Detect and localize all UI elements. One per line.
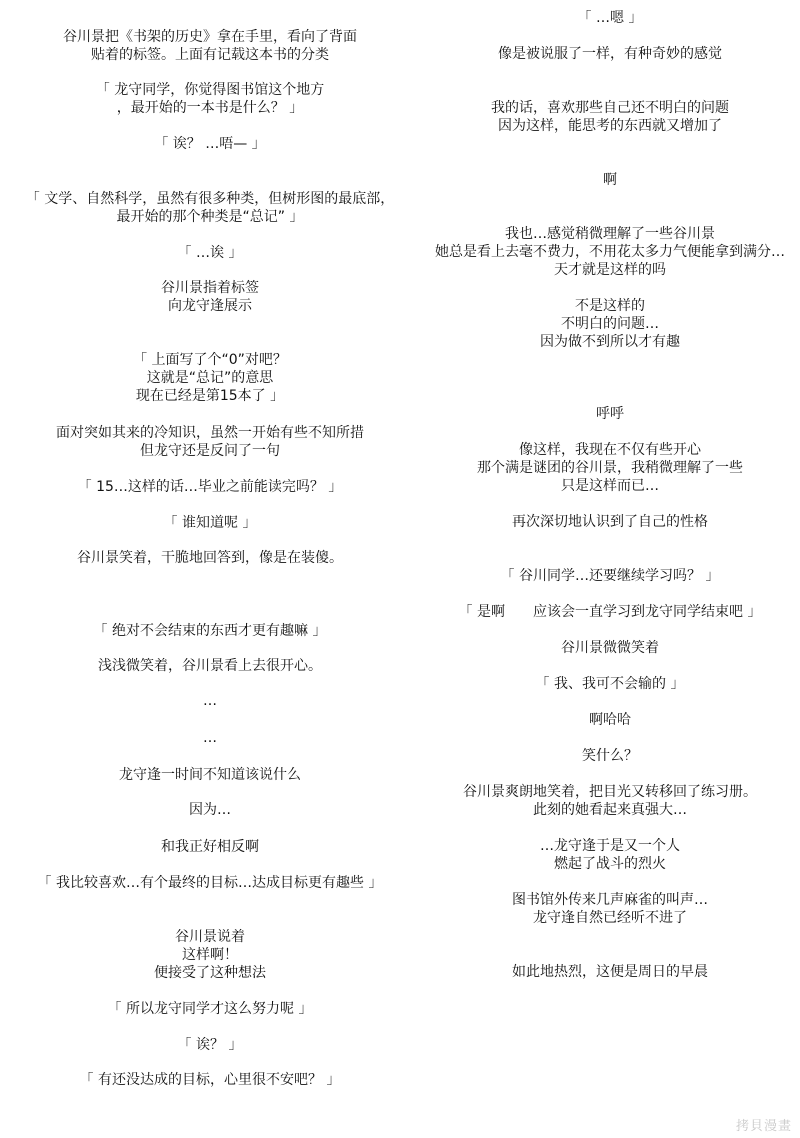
text-paragraph: 「 有还没达成的目标，心里很不安吧？ 」 [10,1071,410,1089]
text-paragraph: 「 …诶 」 [10,244,410,262]
text-paragraph: 「 文学、自然科学，虽然有很多种类，但树形图的最底部， 最开始的那个种类是“总记… [10,190,410,226]
text-paragraph: 「 我、我可不会输的 」 [410,675,800,693]
text-paragraph: 「 是啊 应该会一直学习到龙守同学结束吧 」 [410,603,800,621]
text-paragraph: 再次深切地认识到了自己的性格 [410,513,800,531]
text-paragraph: 「 …嗯 」 [410,9,800,27]
text-paragraph: 和我正好相反啊 [10,838,410,856]
text-paragraph: 呼呼 [410,405,800,423]
text-paragraph: 谷川景把《书架的历史》拿在手里，看向了背面 贴着的标签。上面有记载这本书的分类 [10,28,410,64]
text-paragraph: … [10,729,410,747]
text-paragraph: 像这样，我现在不仅有些开心 那个满是谜团的谷川景，我稍微理解了一些 只是这样而已… [410,441,800,495]
left-text-column: 谷川景把《书架的历史》拿在手里，看向了背面 贴着的标签。上面有记载这本书的分类「… [10,0,410,1138]
text-paragraph: 浅浅微笑着，谷川景看上去很开心。 [10,657,410,675]
text-paragraph: 不是这样的 不明白的问题… 因为做不到所以才有趣 [410,297,800,351]
text-paragraph: 「 所以龙守同学才这么努力呢 」 [10,1000,410,1018]
text-paragraph: 我也…感觉稍微理解了一些谷川景 她总是看上去毫不费力，不用花太多力气便能拿到满分… [410,225,800,279]
text-paragraph: 「 龙守同学，你觉得图书馆这个地方 ，最开始的一本书是什么？ 」 [10,81,410,117]
text-paragraph: 「 15…这样的话…毕业之前能读完吗？ 」 [10,478,410,496]
text-paragraph: 谷川景微微笑着 [410,639,800,657]
text-paragraph: 「 我比较喜欢…有个最终的目标…达成目标更有趣些 」 [10,874,410,892]
right-text-column: 「 …嗯 」像是被说服了一样，有种奇妙的感觉我的话，喜欢那些自己还不明白的问题 … [410,0,800,1138]
text-paragraph: 谷川景笑着，干脆地回答到，像是在装傻。 [10,549,410,567]
text-paragraph: 「 上面写了个“0”对吧？ 这就是“总记”的意思 现在已经是第15本了 」 [10,351,410,405]
text-paragraph: 图书馆外传来几声麻雀的叫声… 龙守逢自然已经听不进了 [410,891,800,927]
text-paragraph: 像是被说服了一样，有种奇妙的感觉 [410,45,800,63]
watermark: 拷貝漫畫 [736,1115,792,1134]
text-paragraph: 谷川景爽朗地笑着，把目光又转移回了练习册。 此刻的她看起来真强大… [410,783,800,819]
text-paragraph: 龙守逢一时间不知道该说什么 [10,766,410,784]
text-paragraph: 谷川景说着 这样啊！ 便接受了这种想法 [10,928,410,982]
text-paragraph: …龙守逢于是又一个人 燃起了战斗的烈火 [410,837,800,873]
text-paragraph: … [10,692,410,710]
text-paragraph: 我的话，喜欢那些自己还不明白的问题 因为这样，能思考的东西就又增加了 [410,99,800,135]
text-paragraph: 啊哈哈 [410,711,800,729]
text-paragraph: 面对突如其来的冷知识，虽然一开始有些不知所措 但龙守还是反问了一句 [10,424,410,460]
text-paragraph: 「 谁知道呢 」 [10,514,410,532]
text-paragraph: 谷川景指着标签 向龙守逢展示 [10,279,410,315]
text-paragraph: 因为… [10,801,410,819]
text-paragraph: 「 绝对不会结束的东西才更有趣嘛 」 [10,622,410,640]
text-paragraph: 笑什么？ [410,747,800,765]
text-paragraph: 如此地热烈，这便是周日的早晨 [410,963,800,981]
text-paragraph: 啊 [410,171,800,189]
text-paragraph: 「 诶？ 」 [10,1036,410,1054]
text-paragraph: 「 诶？ …唔— 」 [10,135,410,153]
text-paragraph: 「 谷川同学…还要继续学习吗？ 」 [410,567,800,585]
